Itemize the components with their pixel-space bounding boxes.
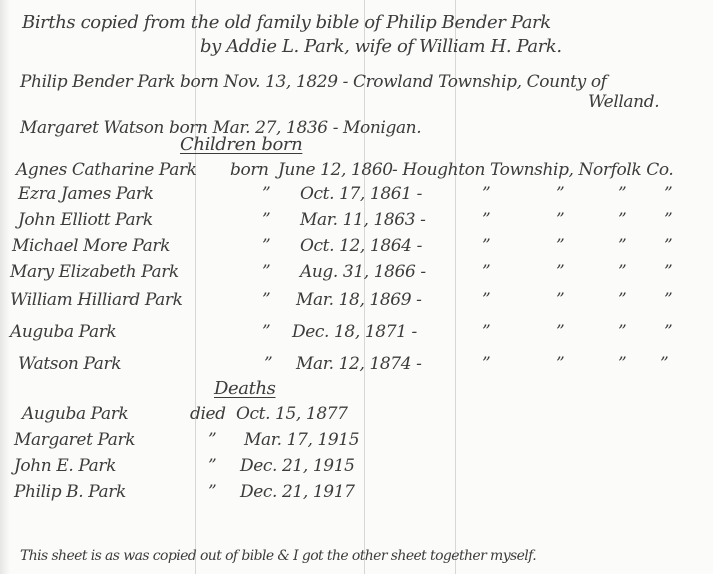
ditto-mark: ”: [618, 210, 626, 230]
document-title-line-1: Births copied from the old family bible …: [22, 12, 551, 33]
child-name: John Elliott Park: [18, 210, 153, 230]
deaths-heading: Deaths: [214, 378, 275, 399]
ditto-mark: ”: [556, 354, 564, 374]
death-date: Oct. 15, 1877: [236, 404, 348, 424]
deceased-name: Philip B. Park: [14, 482, 126, 502]
died-label: died: [190, 404, 226, 424]
ditto-mark: ”: [482, 184, 490, 204]
child-birth-date: Aug. 31, 1866 -: [300, 262, 426, 282]
born-label: born: [230, 160, 269, 180]
death-row: John E. Park ” Dec. 21, 1915: [0, 456, 713, 478]
ditto-mark: ”: [262, 236, 270, 256]
deceased-name: Margaret Park: [14, 430, 135, 450]
ditto-mark: ”: [482, 262, 490, 282]
ditto-mark: ”: [262, 184, 270, 204]
father-birth-record: Philip Bender Park born Nov. 13, 1829 - …: [20, 72, 607, 92]
child-row: Ezra James Park ” Oct. 17, 1861 - ” ” ” …: [0, 184, 713, 206]
child-birth-date: Oct. 12, 1864 -: [300, 236, 422, 256]
child-row: Watson Park ” Mar. 12, 1874 - ” ” ” ”: [0, 354, 713, 376]
ditto-mark: ”: [664, 236, 672, 256]
death-row: Margaret Park ” Mar. 17, 1915: [0, 430, 713, 452]
child-row: Agnes Catharine Park born June 12, 1860 …: [0, 160, 713, 182]
ditto-mark: ”: [618, 184, 626, 204]
child-birth-date: Dec. 18, 1871 -: [292, 322, 417, 342]
ditto-mark: ”: [556, 322, 564, 342]
ditto-mark: ”: [618, 262, 626, 282]
child-name: Michael More Park: [12, 236, 170, 256]
child-birth-date: Mar. 18, 1869 -: [296, 290, 421, 310]
ditto-mark: ”: [664, 210, 672, 230]
child-row: William Hilliard Park ” Mar. 18, 1869 - …: [0, 290, 713, 312]
child-row: Auguba Park ” Dec. 18, 1871 - ” ” ” ”: [0, 322, 713, 344]
child-name: Agnes Catharine Park: [16, 160, 197, 180]
child-birth-date: Oct. 17, 1861 -: [300, 184, 422, 204]
child-name: Mary Elizabeth Park: [10, 262, 179, 282]
children-heading: Children born: [180, 134, 302, 155]
ditto-mark: ”: [482, 290, 490, 310]
ditto-mark: ”: [618, 236, 626, 256]
child-row: John Elliott Park ” Mar. 11, 1863 - ” ” …: [0, 210, 713, 232]
death-date: Mar. 17, 1915: [244, 430, 359, 450]
child-birth-date: June 12, 1860: [278, 160, 393, 180]
child-birth-date: Mar. 12, 1874 -: [296, 354, 421, 374]
ditto-mark: ”: [664, 262, 672, 282]
deceased-name: Auguba Park: [22, 404, 128, 424]
ditto-mark: ”: [556, 290, 564, 310]
handwritten-genealogy-page: Births copied from the old family bible …: [0, 0, 713, 574]
child-birth-date: Mar. 11, 1863 -: [300, 210, 425, 230]
footer-note: This sheet is as was copied out of bible…: [20, 548, 536, 564]
ditto-mark: ”: [556, 262, 564, 282]
ditto-mark: ”: [556, 236, 564, 256]
child-name: William Hilliard Park: [10, 290, 183, 310]
ditto-mark: ”: [618, 322, 626, 342]
ditto-mark: ”: [660, 354, 668, 374]
ditto-mark: ”: [208, 456, 216, 476]
child-name: Ezra James Park: [18, 184, 154, 204]
ditto-mark: ”: [664, 184, 672, 204]
child-row: Mary Elizabeth Park ” Aug. 31, 1866 - ” …: [0, 262, 713, 284]
child-name: Watson Park: [18, 354, 121, 374]
ditto-mark: ”: [262, 210, 270, 230]
ditto-mark: ”: [618, 354, 626, 374]
child-birth-place: - Houghton Township, Norfolk Co.: [392, 160, 673, 180]
death-row: Auguba Park died Oct. 15, 1877: [0, 404, 713, 426]
ditto-mark: ”: [482, 210, 490, 230]
ditto-mark: ”: [482, 354, 490, 374]
ditto-mark: ”: [262, 262, 270, 282]
document-title-line-2: by Addie L. Park, wife of William H. Par…: [200, 36, 562, 57]
ditto-mark: ”: [618, 290, 626, 310]
ditto-mark: ”: [262, 322, 270, 342]
ditto-mark: ”: [556, 184, 564, 204]
ditto-mark: ”: [264, 354, 272, 374]
ditto-mark: ”: [664, 290, 672, 310]
ditto-mark: ”: [664, 322, 672, 342]
ditto-mark: ”: [208, 482, 216, 502]
ditto-mark: ”: [482, 322, 490, 342]
ditto-mark: ”: [556, 210, 564, 230]
child-row: Michael More Park ” Oct. 12, 1864 - ” ” …: [0, 236, 713, 258]
child-name: Auguba Park: [10, 322, 116, 342]
death-date: Dec. 21, 1917: [240, 482, 355, 502]
father-birth-county: Welland.: [588, 92, 659, 112]
deceased-name: John E. Park: [14, 456, 116, 476]
ditto-mark: ”: [262, 290, 270, 310]
ditto-mark: ”: [208, 430, 216, 450]
death-date: Dec. 21, 1915: [240, 456, 355, 476]
death-row: Philip B. Park ” Dec. 21, 1917: [0, 482, 713, 504]
ditto-mark: ”: [482, 236, 490, 256]
